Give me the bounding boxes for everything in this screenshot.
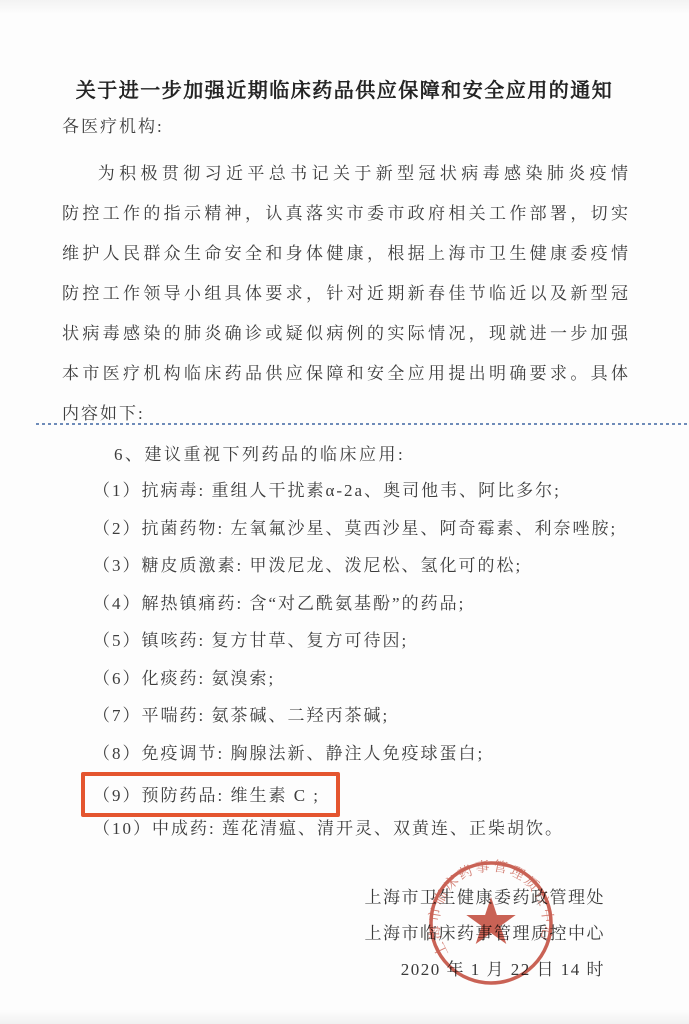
body-line: 防控工作的指示精神，认真落实市委市政府相关工作部署，切实 (62, 194, 628, 234)
list-item: （9）预防药品: 维生素 C ; (93, 772, 638, 810)
body-line: 防控工作领导小组具体要求，针对近期新春佳节临近以及新型冠 (62, 274, 628, 314)
list-item-text: （9）预防药品: 维生素 C ; (93, 786, 320, 805)
drug-list: （1）抗病毒: 重组人干扰素α-2a、奥司他韦、阿比多尔; （2）抗菌药物: 左… (93, 472, 638, 847)
body-line: 状病毒感染的肺炎确诊或疑似病例的实际情况，现就进一步加强 (62, 314, 628, 354)
body-line: 维护人民群众生命安全和身体健康，根据上海市卫生健康委疫情 (62, 234, 628, 274)
section-divider (36, 423, 689, 425)
list-item: （1）抗病毒: 重组人干扰素α-2a、奥司他韦、阿比多尔; (93, 472, 638, 510)
list-item: （6）化痰药: 氨溴索; (93, 660, 638, 698)
notice-document: 关于进一步加强近期临床药品供应保障和安全应用的通知 各医疗机构: 为积极贯彻习近… (0, 0, 689, 1024)
list-item: （4）解热镇痛药: 含“对乙酰氨基酚”的药品; (93, 585, 638, 623)
stamp-star-icon (466, 897, 515, 944)
official-stamp: 上海市临床药事管理质控中心 (421, 853, 561, 993)
section-heading: 6、建议重视下列药品的临床应用: (114, 440, 405, 465)
body-line: 本市医疗机构临床药品供应保障和安全应用提出明确要求。具体 (62, 354, 628, 394)
body-paragraph: 为积极贯彻习近平总书记关于新型冠状病毒感染肺炎疫情 防控工作的指示精神，认真落实… (62, 154, 628, 434)
list-item: （5）镇咳药: 复方甘草、复方可待因; (93, 622, 638, 660)
body-line: 为积极贯彻习近平总书记关于新型冠状病毒感染肺炎疫情 (62, 154, 628, 194)
list-item: （3）糖皮质激素: 甲泼尼龙、泼尼松、氢化可的松; (93, 547, 638, 585)
salutation: 各医疗机构: (62, 112, 164, 137)
document-title: 关于进一步加强近期临床药品供应保障和安全应用的通知 (0, 74, 689, 103)
list-item: （10）中成药: 莲花清瘟、清开灵、双黄连、正柴胡饮。 (93, 810, 638, 848)
list-item: （7）平喘药: 氨茶碱、二羟丙茶碱; (93, 697, 638, 735)
body-line: 内容如下: (62, 394, 628, 434)
list-item: （8）免疫调节: 胸腺法新、静注人免疫球蛋白; (93, 735, 638, 773)
list-item: （2）抗菌药物: 左氧氟沙星、莫西沙星、阿奇霉素、利奈唑胺; (93, 510, 638, 548)
